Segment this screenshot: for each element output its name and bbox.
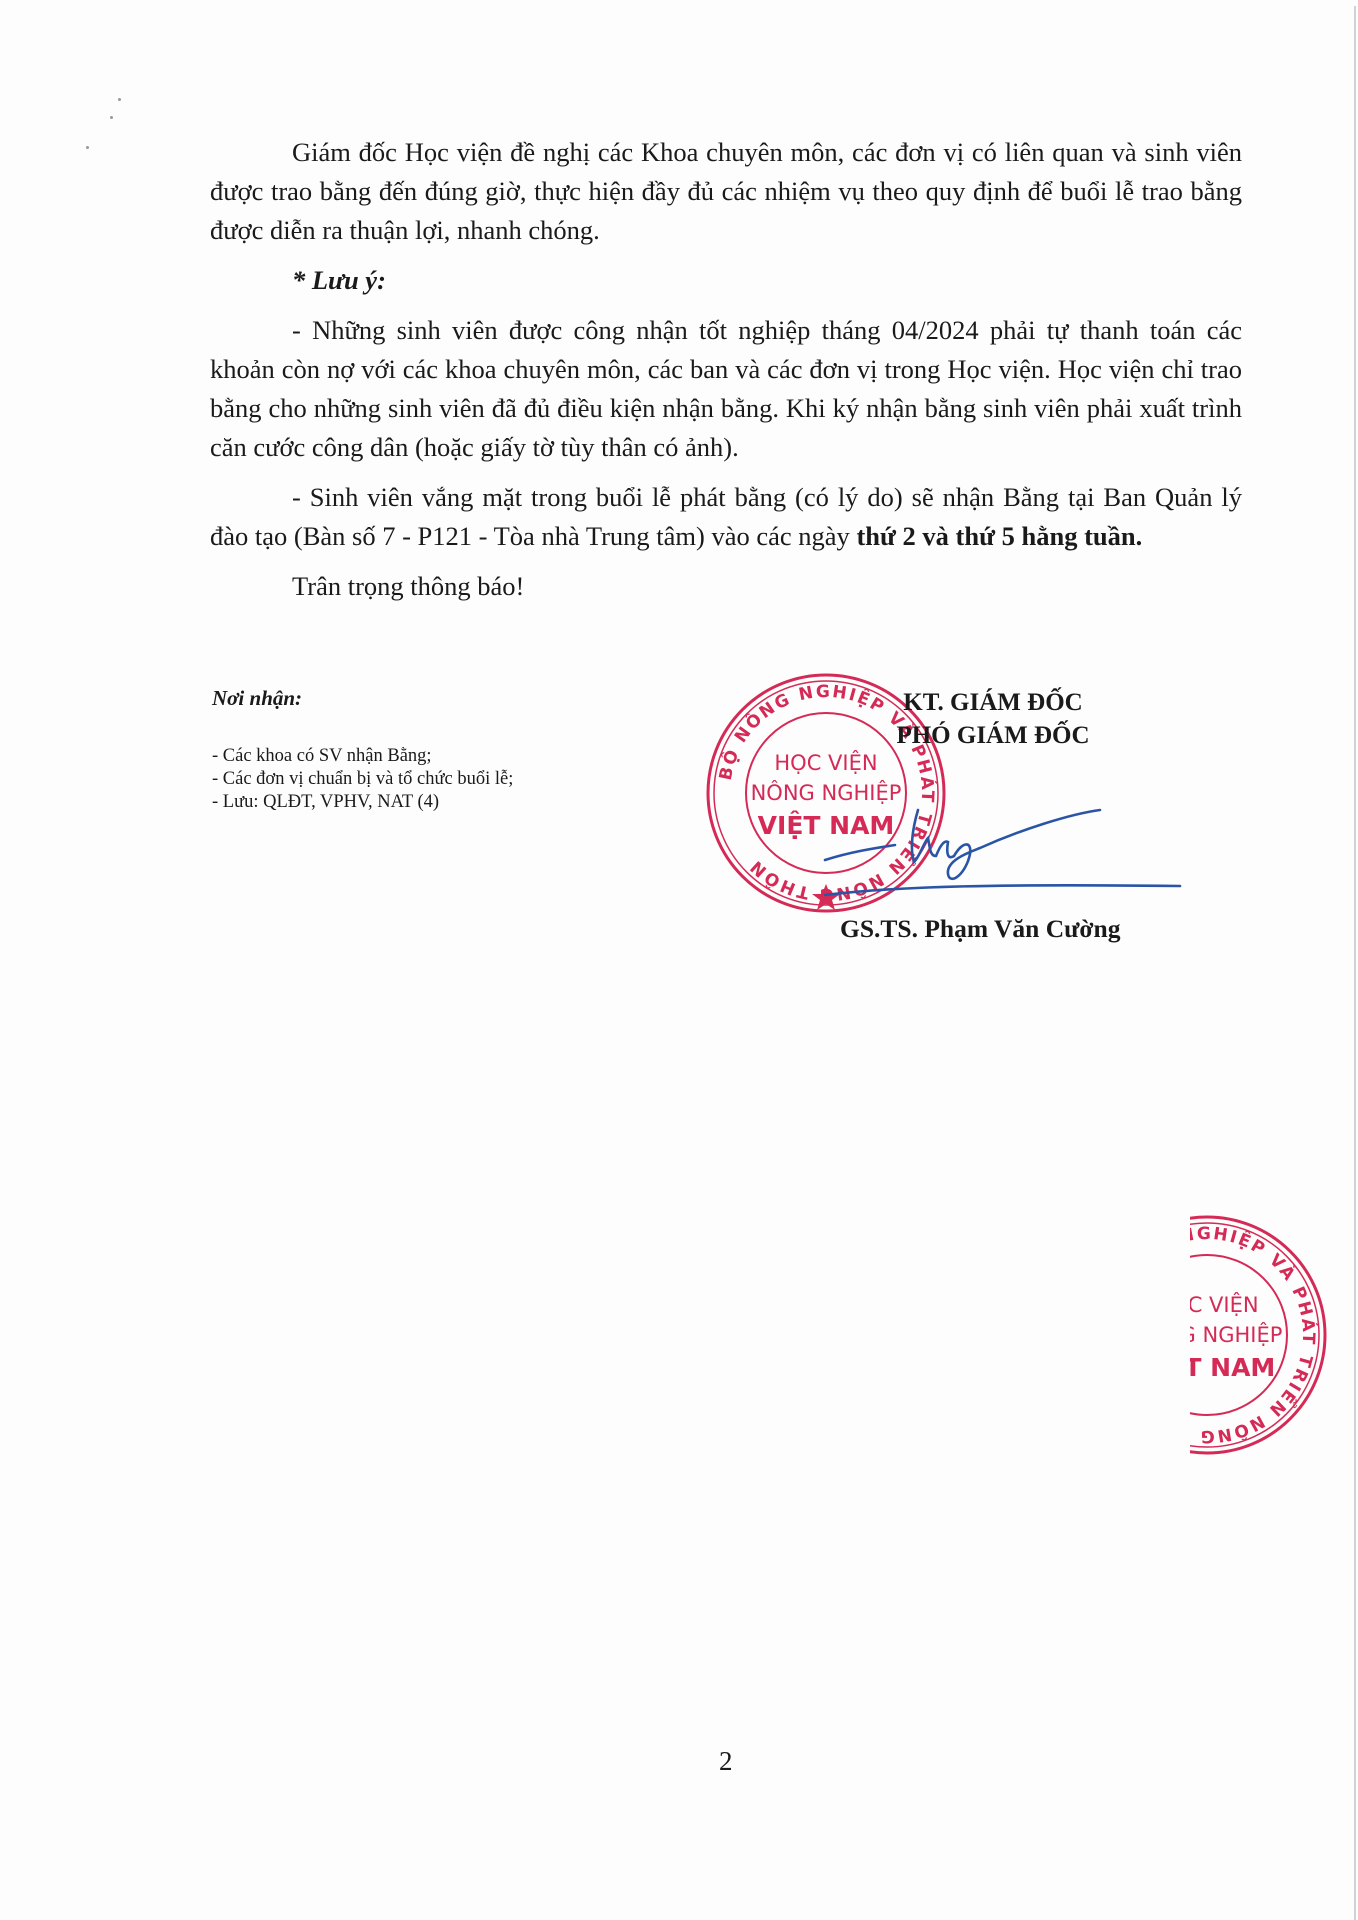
signer-name: GS.TS. Phạm Văn Cường <box>840 914 1121 944</box>
signature-line-1: KT. GIÁM ĐỐC <box>888 686 1098 719</box>
recipient-item: - Các khoa có SV nhận Bằng; <box>212 745 513 768</box>
svg-text:NÔNG NGHIỆP: NÔNG NGHIỆP <box>1132 1322 1283 1347</box>
scan-speck <box>110 116 113 119</box>
intro-paragraph: Giám đốc Học viện đề nghị các Khoa chuyê… <box>210 133 1242 250</box>
svg-text:VIỆT NAM: VIỆT NAM <box>1139 1352 1276 1382</box>
document-body: Giám đốc Học viện đề nghị các Khoa chuyê… <box>210 133 1242 606</box>
partial-stamp-icon: BỘ NÔNG NGHIỆP VÀ PHÁT TRIỂN NÔNG THÔN H… <box>1082 1210 1332 1460</box>
recipient-item: - Các đơn vị chuẩn bị và tổ chức buổi lễ… <box>212 768 513 791</box>
note-2-bold-text: thứ 2 và thứ 5 hằng tuần. <box>856 521 1142 551</box>
note-heading: * Lưu ý: <box>210 261 1242 300</box>
page-edge <box>1354 6 1356 1920</box>
closing-line: Trân trọng thông báo! <box>210 567 1242 606</box>
scan-speck <box>86 146 89 149</box>
note-paragraph-2: - Sinh viên vắng mặt trong buổi lễ phát … <box>210 478 1242 556</box>
handwritten-signature-icon <box>820 790 1190 900</box>
signature-title: KT. GIÁM ĐỐC PHÓ GIÁM ĐỐC <box>888 686 1098 752</box>
recipients-block: Nơi nhận: - Các khoa có SV nhận Bằng; - … <box>212 686 513 814</box>
signature-line-2: PHÓ GIÁM ĐỐC <box>888 719 1098 752</box>
svg-text:HỌC VIỆN: HỌC VIỆN <box>774 750 877 775</box>
note-paragraph-1: - Những sinh viên được công nhận tốt ngh… <box>210 311 1242 467</box>
scan-speck <box>118 98 121 101</box>
recipients-title: Nơi nhận: <box>212 686 513 711</box>
page-number: 2 <box>719 1746 733 1777</box>
recipient-item: - Lưu: QLĐT, VPHV, NAT (4) <box>212 791 513 814</box>
svg-text:HỌC VIỆN: HỌC VIỆN <box>1155 1292 1258 1317</box>
